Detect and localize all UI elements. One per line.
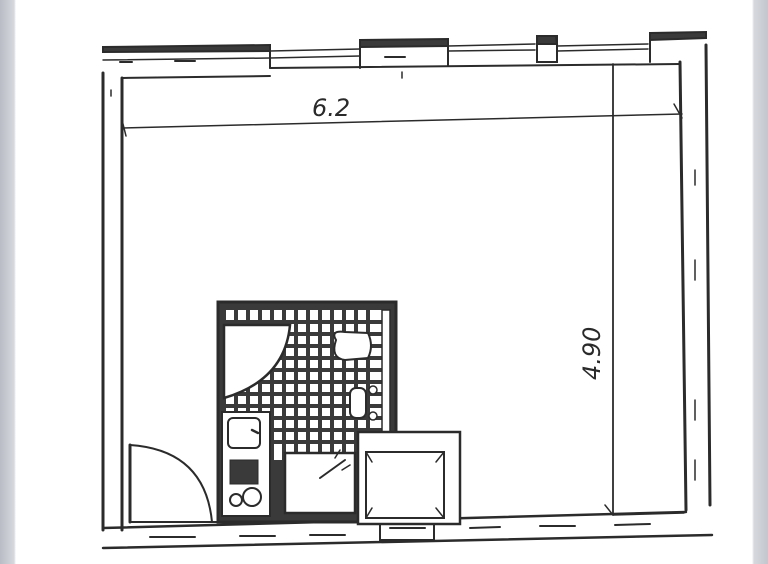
bathtub — [285, 450, 355, 513]
width-label: 6.2 — [312, 94, 350, 122]
right-wall — [680, 45, 710, 510]
floor-plan-svg: 6.2 4.90 — [0, 0, 768, 560]
floor-plan-diagram: 6.2 4.90 — [0, 0, 768, 560]
height-label: 4.90 — [578, 327, 606, 380]
entry-door — [130, 445, 218, 522]
top-wall — [103, 32, 706, 68]
wardrobe — [358, 432, 460, 524]
kitchenette — [222, 412, 270, 516]
toilet — [334, 332, 371, 360]
width-dimension — [122, 104, 682, 136]
height-dimension — [605, 64, 684, 515]
